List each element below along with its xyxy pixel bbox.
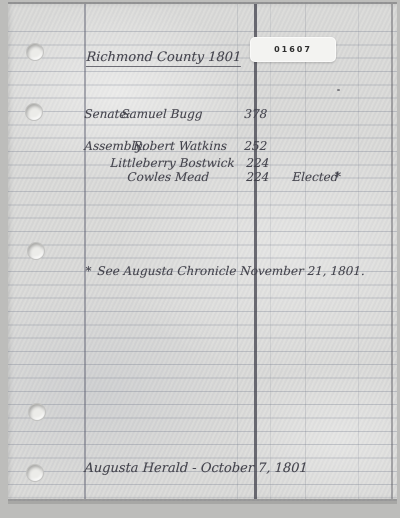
column-line xyxy=(270,4,271,499)
punch-hole xyxy=(27,242,45,260)
vote-count: 224 xyxy=(246,170,270,184)
elected-annotation: Elected xyxy=(292,170,339,184)
column-line xyxy=(237,4,238,499)
punch-hole xyxy=(28,403,46,421)
ledger-paper-sheet xyxy=(8,2,397,501)
candidate-name: Littleberry Bostwick xyxy=(110,156,235,170)
vote-count: 378 xyxy=(244,107,268,121)
paper-right-edge xyxy=(391,4,393,499)
scanned-document: 01607 Richmond County 1801 Senate: Samue… xyxy=(0,0,400,518)
entry-row: Littleberry Bostwick 224 xyxy=(0,156,400,170)
entry-row: Assembly: Robert Watkins 252 xyxy=(0,139,400,153)
source-citation: Augusta Herald - October 7, 1801 xyxy=(84,461,308,476)
punch-hole xyxy=(26,43,44,61)
entry-row: Senate: Samuel Bugg 378 xyxy=(0,107,400,121)
left-margin-line xyxy=(84,4,86,499)
page-title: Richmond County 1801 xyxy=(86,50,242,65)
vote-count: 224 xyxy=(246,156,270,170)
footnote-text: See Augusta Chronicle November 21, 1801. xyxy=(97,264,365,278)
ink-speck xyxy=(337,89,340,91)
candidate-name: Robert Watkins xyxy=(133,139,227,153)
column-line xyxy=(358,4,359,499)
asterisk-mark: * xyxy=(334,170,341,185)
candidate-name: Samuel Bugg xyxy=(121,107,203,121)
center-divider-line xyxy=(254,4,257,499)
footnote: * See Augusta Chronicle November 21, 180… xyxy=(0,264,400,278)
punch-hole xyxy=(26,464,44,482)
page-title-text: Richmond County 1801 xyxy=(86,50,242,67)
footnote-mark: * xyxy=(85,264,92,278)
entry-row: Cowles Mead 224 Elected * xyxy=(0,170,400,184)
candidate-name: Cowles Mead xyxy=(127,170,210,184)
catalog-sticker: 01607 xyxy=(250,37,336,62)
vote-count: 252 xyxy=(244,139,268,153)
catalog-number: 01607 xyxy=(274,45,312,54)
column-line xyxy=(305,4,306,499)
